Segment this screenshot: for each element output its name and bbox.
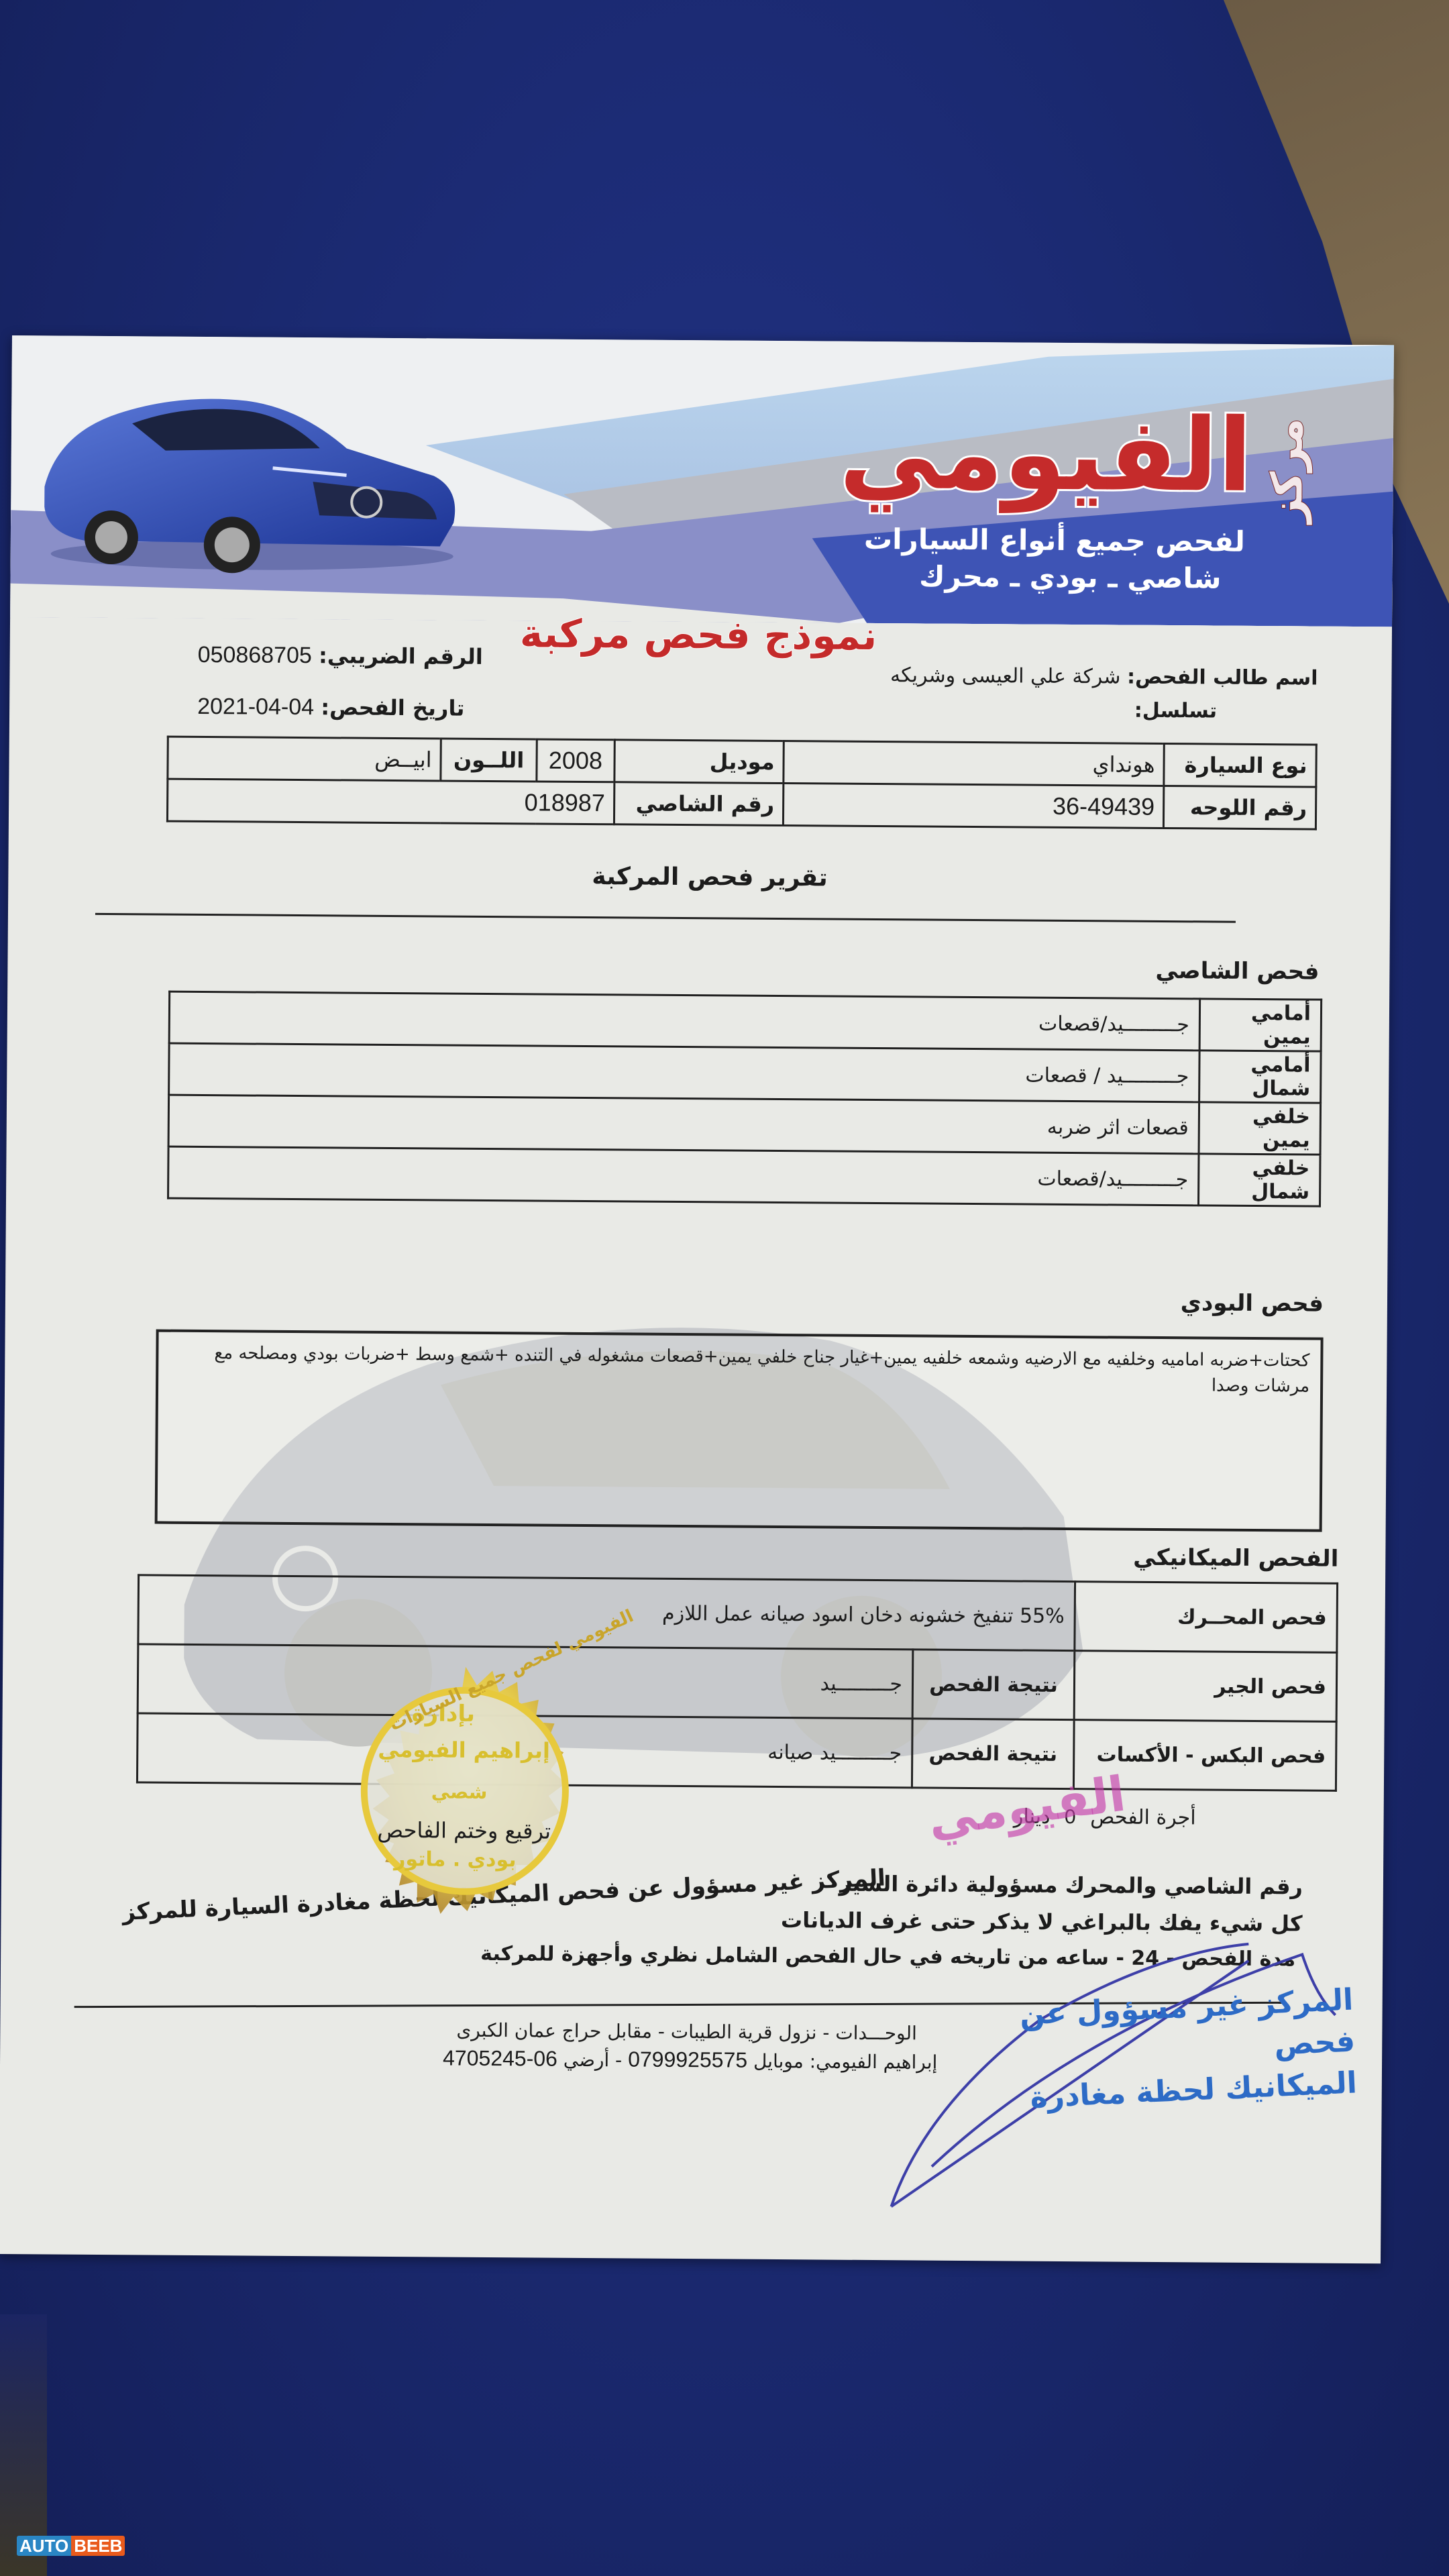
chassis-result: جـــــــــيد/قصعات <box>168 1146 1199 1205</box>
vehicle-info-table: نوع السيارة هونداي موديل 2008 اللــون اب… <box>166 736 1318 830</box>
blue-disclaimer-stamp: المركز غير مسؤول عن فحص الميكانيك لحظة م… <box>1004 1980 1358 2120</box>
form-title: نموذج فحص مركبة <box>520 610 877 659</box>
seal-text: شصي <box>431 1780 488 1803</box>
chassis-heading: فحص الشاصي <box>1155 957 1319 985</box>
table-row: أمامي شمال جـــــــــيد / قصعات <box>169 1043 1321 1103</box>
table-row: فحص المحــرك 55% تنفيخ خشونه دخان اسود ص… <box>138 1575 1338 1652</box>
chassis-position: خلفي شمال <box>1198 1154 1320 1206</box>
tax-number-field: الرقم الضريبي: 050868705 <box>198 642 483 670</box>
inspection-form-paper: مركز الفيومي لفحص جميع أنواع السيارات شا… <box>0 335 1394 2263</box>
seal-text: بودي . ماتور <box>394 1847 517 1872</box>
chassis-number-label: رقم الشاصي <box>614 782 784 826</box>
color-label: اللــون <box>441 739 537 782</box>
watermark-left: AUTO <box>17 2536 71 2556</box>
model-value: 2008 <box>537 739 614 782</box>
autobeeb-watermark: AUTO BEEB <box>17 2536 125 2556</box>
requester-field: اسم طالب الفحص: شركة علي العيسى وشريكه <box>890 663 1318 690</box>
requester-label: اسم طالب الفحص: <box>1127 665 1318 690</box>
serial-field: تسلسل: <box>1134 699 1218 723</box>
chassis-result: قصعات اثر ضربه <box>168 1095 1199 1154</box>
table-row: أمامي يمين جـــــــــيد/قصعات <box>169 991 1321 1051</box>
serial-label: تسلسل: <box>1134 699 1218 723</box>
chassis-number-value: 018987 <box>167 779 614 824</box>
landline-number: 06-4705245 <box>443 2046 557 2071</box>
chassis-position: أمامي شمال <box>1199 1051 1322 1103</box>
landline-label: - أرضي <box>563 2049 623 2072</box>
color-value: ابيــض <box>168 737 441 781</box>
table-row: خلفي شمال جـــــــــيد/قصعات <box>168 1146 1320 1206</box>
mobile-number: 0799925575 <box>628 2047 747 2072</box>
car-illustration-icon <box>31 372 475 577</box>
table-row: رقم اللوحه 36-49439 رقم الشاصي 018987 <box>167 779 1316 829</box>
chassis-position: خلفي يمين <box>1199 1102 1321 1155</box>
table-row: فحص البكس - الأكسات نتيجة الفحص جـــــــ… <box>137 1713 1336 1790</box>
seal-text: إبراهيم الفيومي <box>378 1737 550 1764</box>
plate-value: 36-49439 <box>783 784 1163 828</box>
make-label: نوع السيارة <box>1164 744 1316 788</box>
body-heading: فحص البودي <box>1181 1289 1324 1317</box>
blue-stamp-line: المركز غير مسؤول عن فحص <box>1004 1980 1356 2078</box>
plate-label: رقم اللوحه <box>1163 786 1316 830</box>
divider <box>95 913 1236 923</box>
model-label: موديل <box>614 740 784 784</box>
tax-number-label: الرقم الضريبي: <box>319 643 483 669</box>
tax-number-value: 050868705 <box>198 642 312 668</box>
report-title: تقرير فحص المركبة <box>592 863 828 892</box>
chassis-result: جـــــــــيد / قصعات <box>169 1043 1200 1102</box>
note-line: رقم الشاصي والمحرك مسؤولية دائرة السير <box>839 1871 1303 1900</box>
brand-name: الفيومي <box>839 395 1253 515</box>
chassis-result: جـــــــــيد/قصعات <box>169 991 1200 1051</box>
gearbox-result-label: نتيجة الفحص <box>912 1650 1075 1720</box>
table-row: نوع السيارة هونداي موديل 2008 اللــون اب… <box>168 737 1316 787</box>
requester-value: شركة علي العيسى وشريكه <box>890 663 1121 688</box>
make-value: هونداي <box>784 741 1164 786</box>
inspection-date-field: تاريخ الفحص: 04-04-2021 <box>197 694 465 722</box>
engine-label: فحص المحــرك <box>1075 1582 1338 1653</box>
body-inspection-notes: كحتات+ضربه اماميه وخلفيه مع الارضيه وشمع… <box>155 1330 1324 1532</box>
form-header: مركز الفيومي لفحص جميع أنواع السيارات شا… <box>10 335 1394 627</box>
brand-tagline: لفحص جميع أنواع السيارات <box>864 523 1245 558</box>
address-line: الوحـــدات - نزول قرية الطيبات - مقابل ح… <box>456 2019 917 2045</box>
note-line: كل شيء يفك بالبراغي لا يذكر حتى غرف الدي… <box>781 1907 1303 1936</box>
gearbox-label: فحص الجير <box>1074 1651 1337 1722</box>
inspection-date-value: 04-04-2021 <box>197 694 314 720</box>
contact-line: إبراهيم الفيومي: موبايل 0799925575 - أرض… <box>443 2046 938 2074</box>
table-row: فحص الجير نتيجة الفحص جـــــــــيد <box>138 1644 1337 1721</box>
brand-center-label: مركز <box>1263 418 1313 523</box>
table-row: خلفي يمين قصعات اثر ضربه <box>168 1095 1320 1155</box>
chassis-position: أمامي يمين <box>1199 999 1322 1051</box>
mechanical-inspection-table: فحص المحــرك 55% تنفيخ خشونه دخان اسود ص… <box>136 1574 1338 1791</box>
chassis-inspection-table: أمامي يمين جـــــــــيد/قصعات أمامي شمال… <box>167 991 1322 1207</box>
brand-services: شاصي ـ بودي ـ محرك <box>919 559 1222 594</box>
signature-label: ترقيع وختم الفاحص <box>377 1817 551 1844</box>
inspection-date-label: تاريخ الفحص: <box>321 694 464 720</box>
mechanical-heading: الفحص الميكانيكي <box>1133 1544 1338 1572</box>
watermark-right: BEEB <box>71 2536 125 2556</box>
